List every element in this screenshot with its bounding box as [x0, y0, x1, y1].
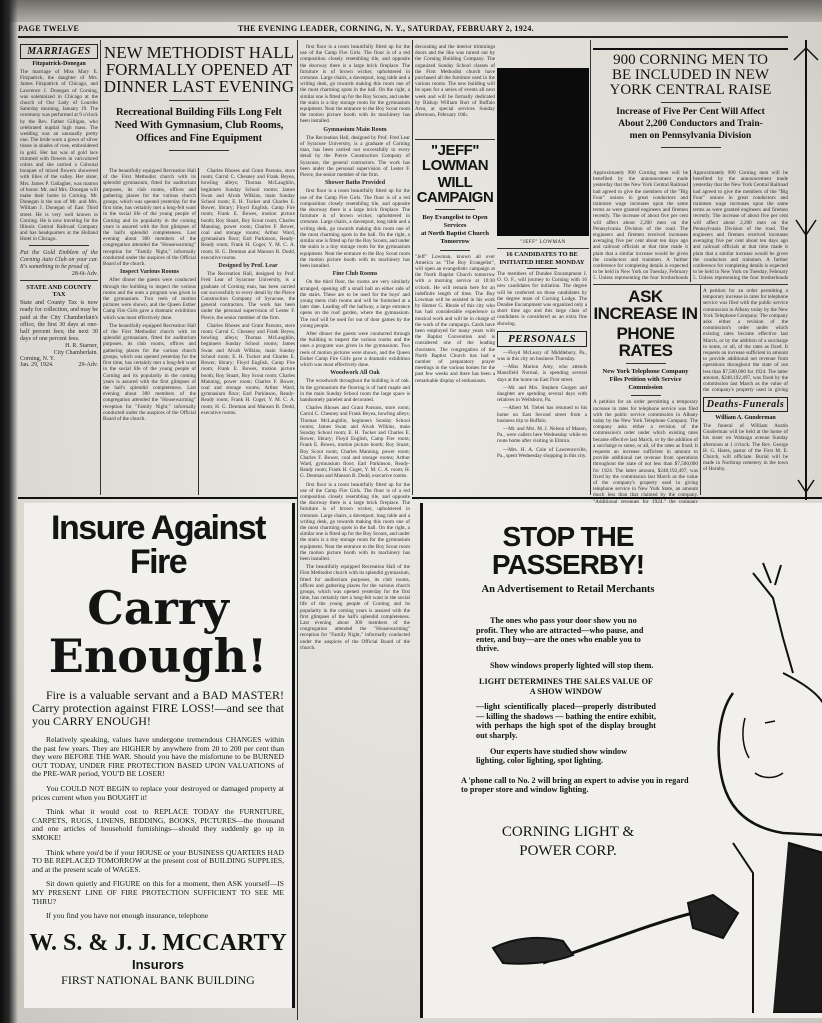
lowman-headline-2: WILL CAMPAIGN: [415, 175, 495, 205]
railroad-deck-2: About 2,200 Conductors and Train-: [593, 119, 788, 131]
methodist-headline-3: DINNER LAST EVENING: [103, 78, 295, 95]
fire-ad-headline-3: Enough!: [24, 633, 292, 679]
deaths-section-label: Deaths-Funerals: [703, 397, 788, 412]
methodist-article: NEW METHODIST HALL FORMALLY OPENED AT DI…: [103, 44, 295, 156]
methodist-deck-1: Recreational Building Fills Long Felt: [103, 106, 295, 119]
column-rule: [700, 285, 701, 495]
lowman-headline-1: "JEFF" LOWMAN: [415, 143, 495, 173]
methodist-subhead-gym: Gymnasium Main Room: [300, 127, 410, 133]
scan-binding-shadow: [0, 0, 18, 1023]
fire-ad-paragraph: Sit down quietly and FIGURE on this for …: [32, 880, 284, 906]
marriages-body: The marriage of Miss Mary E. Fitzpatrick…: [20, 69, 98, 241]
auto-club-notice: Put the Gold Emblem of the Corning Auto …: [20, 250, 98, 271]
phone-body-col2: A petition for an order permitting a tem…: [703, 288, 788, 393]
fire-ad-paragraph: You COULD NOT BEGIN to replace your dest…: [32, 785, 284, 802]
fire-ad-paragraph: Think what it would cost to REPLACE TODA…: [32, 808, 284, 842]
column-rule: [297, 40, 298, 1020]
methodist-deck-3: Offices and Fine Equipment: [103, 132, 295, 145]
marriages-subhead: Fitzpatrick-Donegan: [20, 61, 98, 67]
marriages-section-label: MARRIAGES: [20, 44, 98, 59]
personals-section-label: PERSONALS: [497, 331, 587, 347]
fire-ad-lead: Fire is a valuable servant and a BAD MAS…: [32, 689, 284, 728]
phone-and-deaths: A petition for an order permitting a tem…: [703, 288, 788, 478]
phone-body-col1: A petition for an order permitting a tem…: [593, 399, 698, 517]
phone-headline-2: PHONE RATES: [593, 325, 698, 359]
phone-deck-3: Commission: [593, 384, 698, 392]
personal-item: —Mrs. H. A. Cole of Lawrenceville, Pa., …: [497, 447, 587, 459]
methodist-headline-1: NEW METHODIST HALL: [103, 44, 295, 61]
lowman-photo-caption: "JEFF" LOWMAN: [497, 240, 589, 245]
tax-notice-body: State and County Tax is now ready for co…: [20, 300, 98, 343]
deaths-subhead: William A. Gunderman: [703, 415, 788, 421]
newspaper-page: PAGE TWELVE THE EVENING LEADER, CORNING,…: [0, 0, 822, 1023]
column-rule: [100, 40, 101, 495]
methodist-subhead-shower: Shower Baths Provided: [300, 180, 410, 186]
personal-item: —Albert M. Tiebel has returned to his ho…: [497, 405, 587, 424]
personal-item: —Miss Marion Amy, who attends Mansfield …: [497, 364, 587, 383]
lowman-column: decorating and the interior trimmings do…: [415, 44, 495, 504]
deaths-body: The funeral of William Austin Gunderman …: [703, 423, 788, 478]
methodist-subhead-club: Fine Club Rooms: [300, 271, 410, 277]
methodist-subhead-woodwork: Woodwork All Oak: [300, 370, 410, 376]
methodist-subhead-inspect: Inspect Various Rooms: [103, 269, 196, 275]
phone-headline-1: ASK INCREASE IN: [593, 288, 698, 322]
tax-notice-title: STATE AND COUNTY TAX: [20, 284, 98, 298]
scan-top-edge: [0, 0, 822, 22]
methodist-subhead-designed: Designed by Prof. Lear: [201, 263, 295, 269]
railroad-body-col2: Approximately 900 Corning men will be be…: [693, 170, 788, 282]
methodist-deck-2: Need With Gymnasium, Club Rooms,: [103, 119, 295, 132]
personal-item: —Mr. and Mrs. M. J. Nelson of Mason, Pa.…: [497, 426, 587, 445]
auto-club-tag: 28-6t-Adv.: [20, 271, 98, 277]
railroad-deck-3: men on Pennsylvania Division: [593, 131, 788, 143]
methodist-headline-2: FORMALLY OPENED AT: [103, 61, 295, 78]
candidates-headline-2: INITIATED HERE MONDAY: [497, 260, 587, 267]
fire-insurance-ad: Insure Against Fire Carry Enough! Fire i…: [24, 503, 295, 1008]
candidates-body: The members of Dundee Encampment I. O. O…: [497, 271, 587, 327]
lowman-deck-3: Tomorrow: [415, 238, 495, 246]
phone-article: ASK INCREASE IN PHONE RATES New York Tel…: [593, 288, 698, 517]
methodist-continued: decorating and the interior trimmings do…: [415, 44, 495, 136]
lowman-deck-1: Boy Evangelist to Open Services: [415, 214, 495, 230]
fire-ad-company: W. S. & J. J. McCARTY: [24, 931, 292, 955]
railroad-body-col1: Approximately 900 Corning men will be be…: [593, 170, 688, 282]
fire-ad-paragraph: Think where you'd be if your HOUSE or yo…: [32, 849, 284, 875]
fire-ad-paragraph: Relatively speaking, values have undergo…: [32, 736, 284, 779]
railroad-headline-2: BE INCLUDED IN NEW: [593, 68, 788, 83]
methodist-body-col3: first floor is a room beautifully fitted…: [300, 44, 410, 1019]
fire-ad-company-sub: Insurors: [24, 958, 292, 971]
masthead: PAGE TWELVE THE EVENING LEADER, CORNING,…: [18, 22, 788, 38]
phone-deck-1: New York Telephone Company: [593, 368, 698, 376]
light-power-ad: STOP THE PASSERBY! An Advertisement to R…: [420, 503, 822, 1018]
lowman-body: "Jeff" Lowman, known all over America as…: [415, 254, 495, 504]
man-pointing-illustration: [483, 543, 822, 1013]
railroad-headline-3: YORK CENTRAL RAISE: [593, 83, 788, 98]
railroad-headline-1: 900 CORNING MEN TO: [593, 53, 788, 68]
fire-ad-headline-2: Carry: [24, 585, 292, 631]
fire-ad-address: FIRST NATIONAL BANK BUILDING: [24, 974, 292, 986]
fire-ad-paragraph: If you find you have not enough insuranc…: [32, 912, 284, 921]
page-number: PAGE TWELVE: [18, 24, 79, 33]
candidates-headline-1: 16 CANDIDATES TO BE: [497, 252, 587, 259]
candidates-and-personals: 16 CANDIDATES TO BE INITIATED HERE MONDA…: [497, 252, 587, 461]
tax-notice-date: Jan. 29, 1924.: [20, 362, 54, 368]
personal-item: —Floyd McLeary of Middlebury, Pa., was i…: [497, 350, 587, 362]
personals-list: —Floyd McLeary of Middlebury, Pa., was i…: [497, 350, 587, 459]
column-rule: [590, 40, 591, 495]
phone-deck-2: Files Petition with Service: [593, 376, 698, 384]
fire-ad-headline-1: Insure Against Fire: [24, 511, 292, 579]
tax-notice-tag: 29-Adv.: [79, 362, 98, 368]
railroad-article: 900 CORNING MEN TO BE INCLUDED IN NEW YO…: [593, 48, 788, 152]
lowman-photo: [497, 68, 589, 236]
railroad-deck-1: Increase of Five Per Cent Will Affect: [593, 107, 788, 119]
marriages-column: MARRIAGES Fitzpatrick-Donegan The marria…: [20, 44, 98, 368]
methodist-body-col2: Charles Rhoses and Grant Parsons, store …: [201, 168, 295, 495]
methodist-body-col1: The beautifully equipped Recreation Hall…: [103, 168, 196, 495]
margin-illustration: [790, 40, 822, 500]
paper-title-dateline: THE EVENING LEADER, CORNING, N. Y., SATU…: [238, 24, 534, 33]
lowman-deck-2: at North Baptist Church: [415, 230, 495, 238]
personal-item: —Mr. and Mrs. Stephen Gurgen and daughte…: [497, 385, 587, 404]
column-rule: [412, 40, 413, 495]
